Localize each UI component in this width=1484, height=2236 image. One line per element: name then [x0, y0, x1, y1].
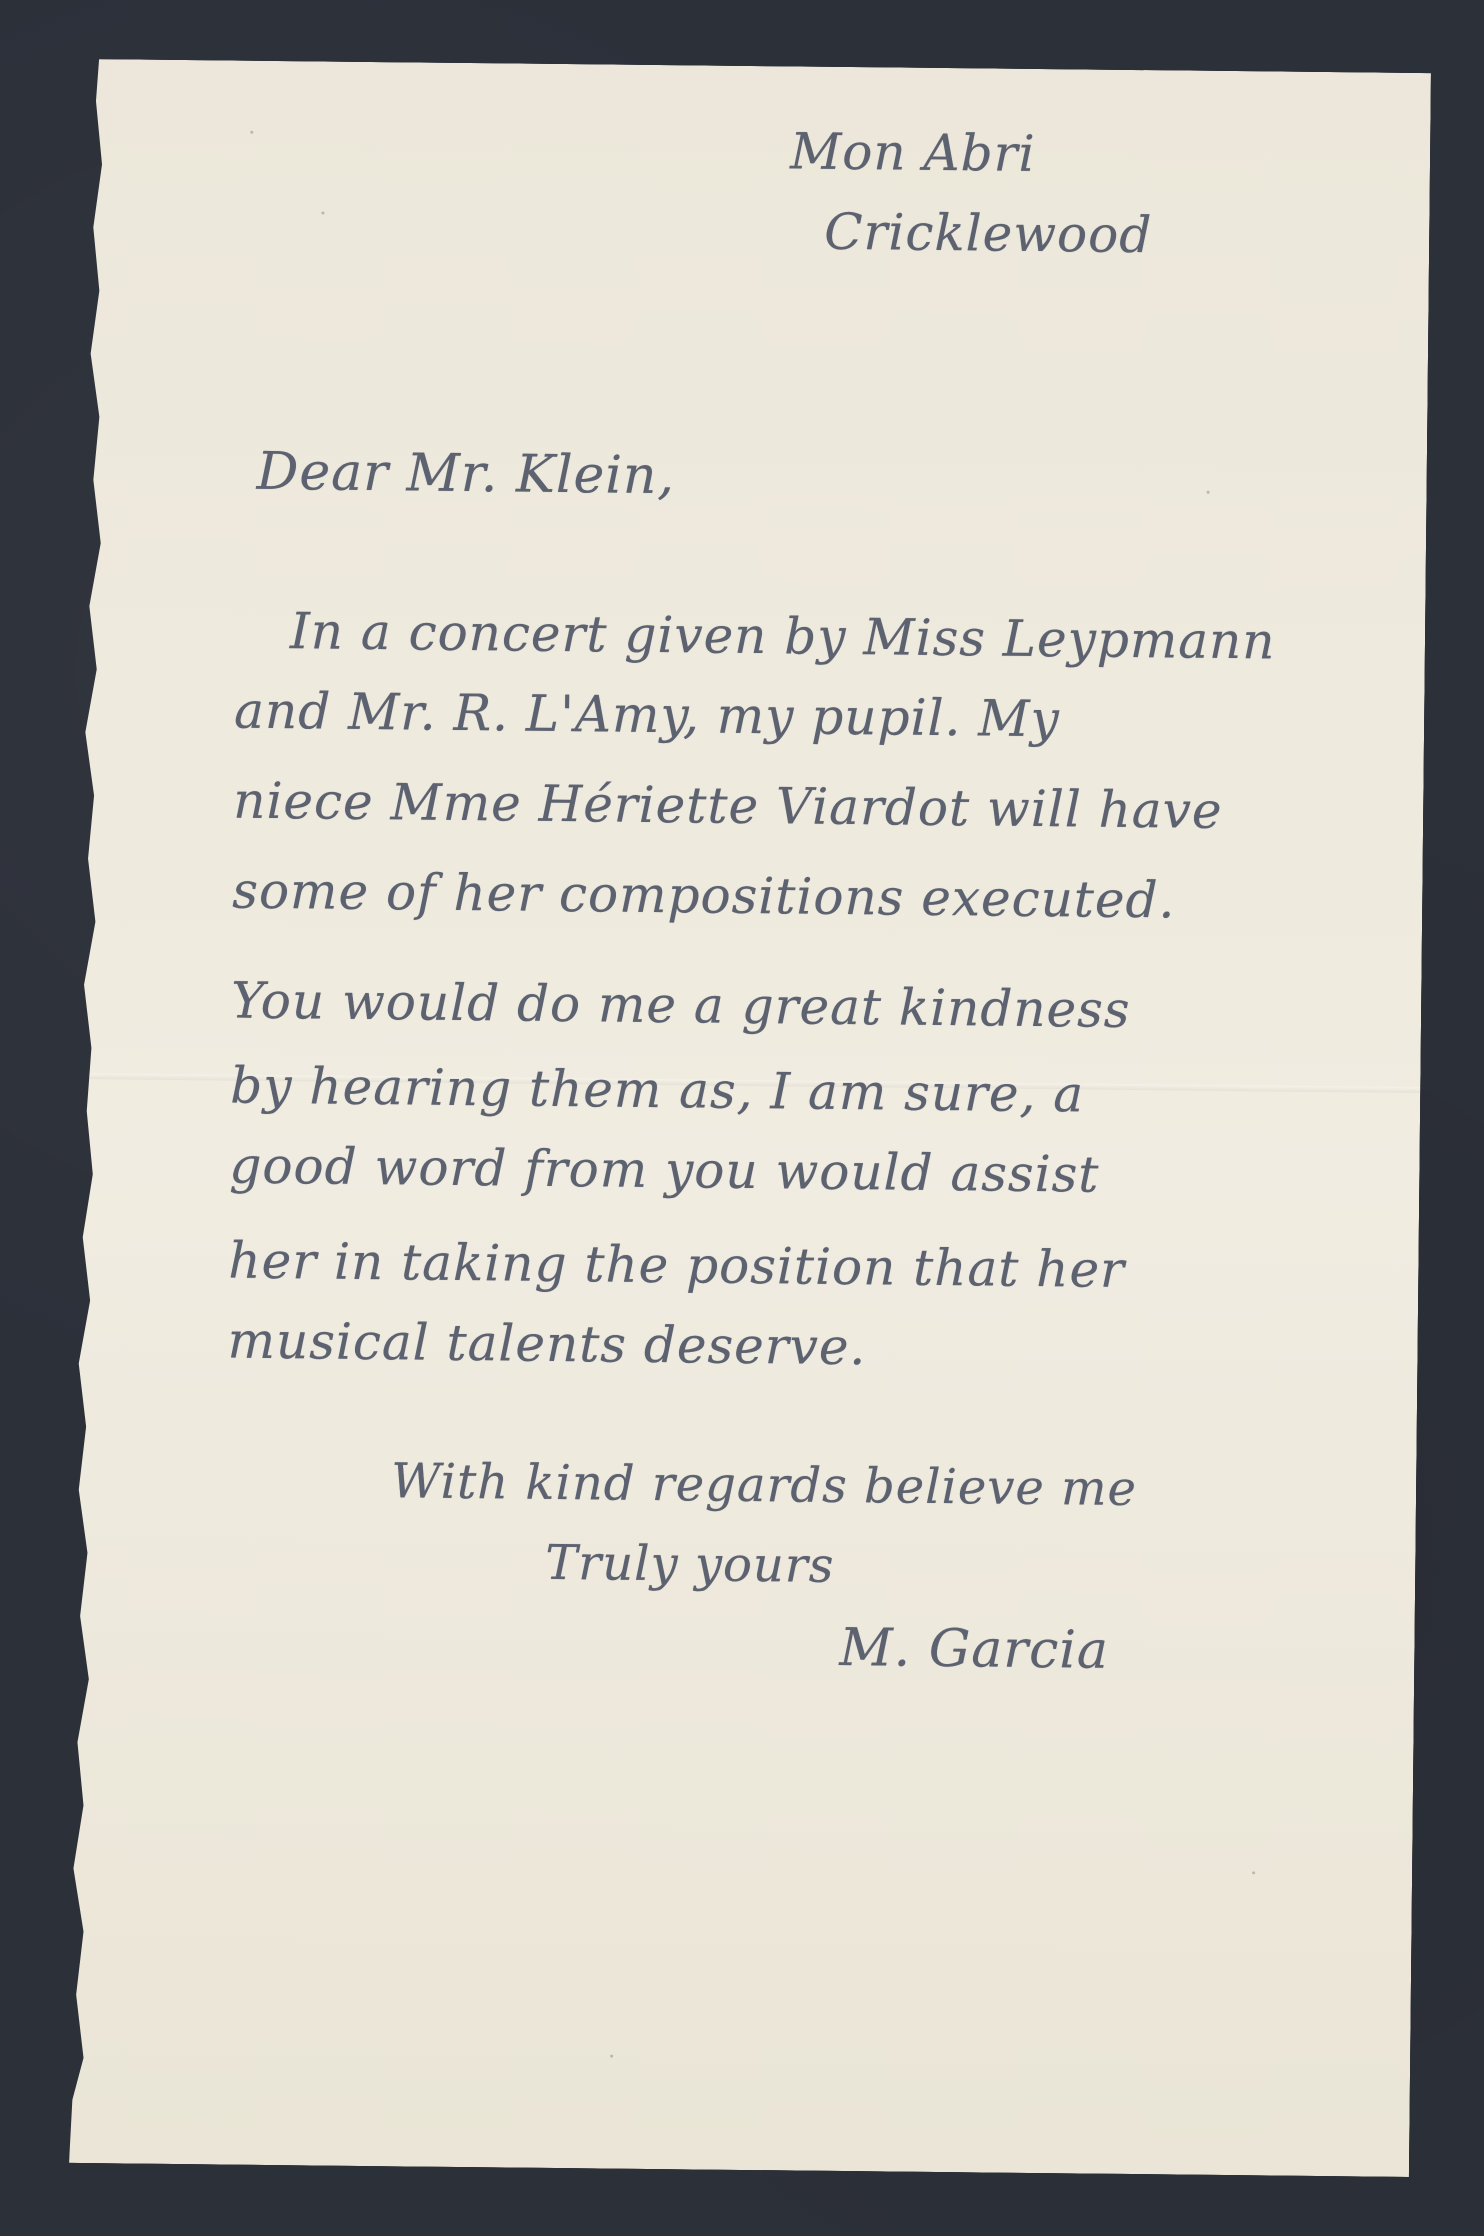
signature: M. Garcia [839, 1622, 1109, 1677]
body-line: and Mr. R. L'Amy, my pupil. My [234, 686, 1060, 745]
letter-sheet: Mon Abri Cricklewood Dear Mr. Klein, In … [69, 59, 1431, 2177]
body-line: some of her compositions executed. [232, 866, 1176, 926]
salutation: Dear Mr. Klein, [256, 446, 675, 502]
body-line: niece Mme Hériette Viardot will have [233, 776, 1223, 836]
paper-speck [1252, 1871, 1255, 1874]
paper-speck [250, 131, 253, 134]
paper-speck [610, 2055, 613, 2058]
body-line: You would do me a great kindness [231, 976, 1131, 1035]
body-line: her in taking the position that her [228, 1236, 1125, 1295]
paper-speck [321, 211, 324, 214]
closing-line: With kind regards believe me [391, 1457, 1137, 1513]
body-line: In a concert given by Miss Leypmann [290, 606, 1276, 666]
body-line: good word from you would assist [229, 1141, 1099, 1200]
paper-speck [1207, 491, 1210, 494]
body-line: musical talents deserve. [227, 1316, 866, 1373]
closing-valediction: Truly yours [545, 1539, 835, 1590]
address-line-1: Mon Abri [790, 126, 1036, 179]
address-line-2: Cricklewood [824, 207, 1153, 260]
body-line: by hearing them as, I am sure, a [230, 1061, 1084, 1120]
